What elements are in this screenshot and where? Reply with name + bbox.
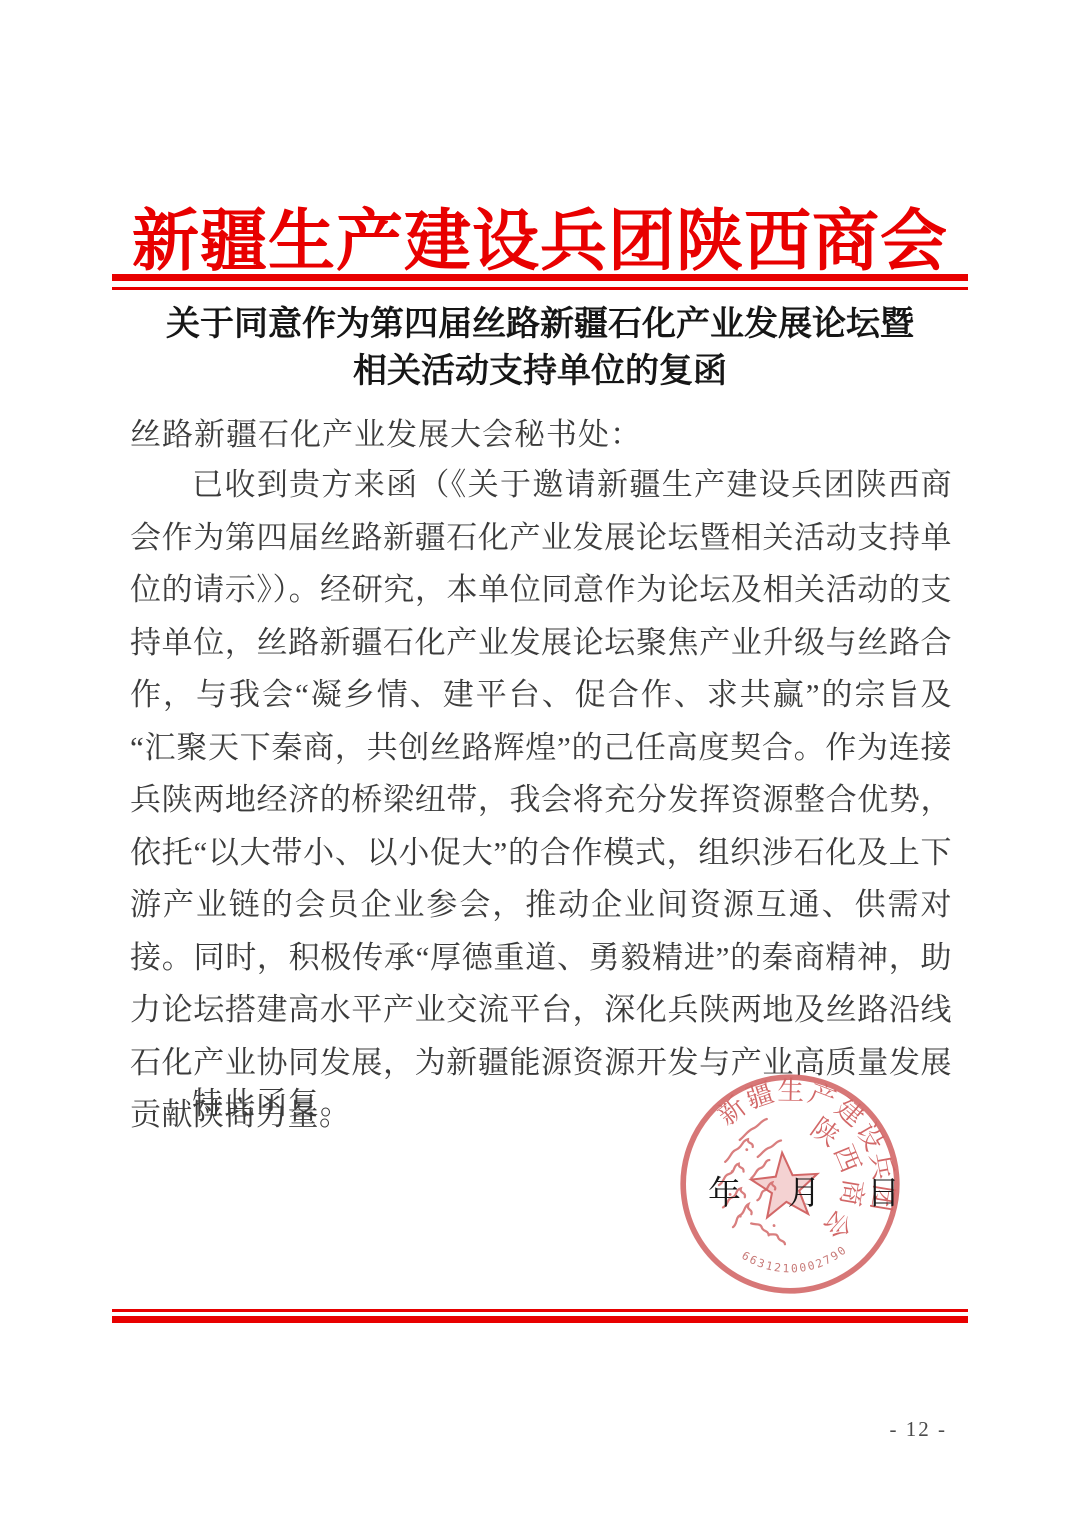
salutation: 丝路新疆石化产业发展大会秘书处： bbox=[130, 409, 960, 454]
footer-rule-thick bbox=[112, 1316, 968, 1323]
page-number: - 12 - bbox=[890, 1417, 948, 1442]
letterhead-rule-thin bbox=[112, 287, 968, 290]
date-day-label: 日 bbox=[867, 1167, 900, 1214]
date-line: 年 月 日 bbox=[708, 1167, 900, 1214]
document-title: 关于同意作为第四届丝路新疆石化产业发展论坛暨 相关活动支持单位的复函 bbox=[112, 301, 968, 395]
body-paragraph: 已收到贵方来函（《关于邀请新疆生产建设兵团陕西商会作为第四届丝路新疆石化产业发展… bbox=[130, 459, 952, 1142]
footer-rule-thin bbox=[112, 1309, 968, 1312]
seal-code: 6631210002790 bbox=[738, 1240, 851, 1280]
date-month-label: 月 bbox=[788, 1167, 821, 1214]
letterhead-rule-thick bbox=[112, 274, 968, 281]
date-year-label: 年 bbox=[708, 1167, 741, 1214]
letter-page: 新疆生产建设兵团陕西商会 关于同意作为第四届丝路新疆石化产业发展论坛暨 相关活动… bbox=[0, 0, 1080, 1516]
document-title-line1: 关于同意作为第四届丝路新疆石化产业发展论坛暨 bbox=[112, 301, 968, 348]
document-title-line2: 相关活动支持单位的复函 bbox=[112, 348, 968, 395]
letterhead-org-name: 新疆生产建设兵团陕西商会 bbox=[112, 188, 968, 284]
